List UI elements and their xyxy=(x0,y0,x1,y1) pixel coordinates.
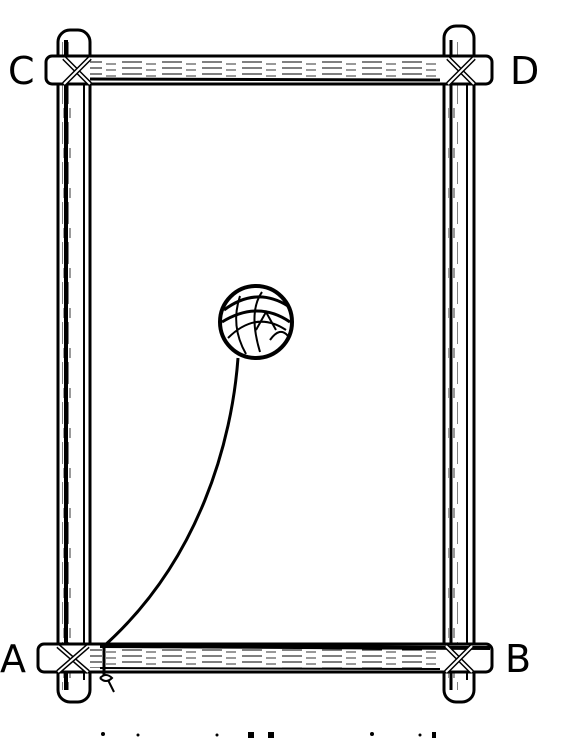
frame-diagram: C D A B xyxy=(0,0,570,738)
corner-label-d: D xyxy=(510,52,539,90)
bottom-pole xyxy=(38,644,492,672)
left-pole xyxy=(58,30,90,702)
top-pole xyxy=(46,56,492,84)
bottom-specks xyxy=(101,732,436,738)
right-pole xyxy=(444,26,474,702)
corner-label-b: B xyxy=(505,640,531,678)
diagram-canvas xyxy=(0,0,570,738)
yarn-thread xyxy=(104,358,238,646)
corner-label-a: A xyxy=(0,640,26,678)
yarn-ball-icon xyxy=(220,286,292,358)
corner-label-c: C xyxy=(8,52,35,90)
